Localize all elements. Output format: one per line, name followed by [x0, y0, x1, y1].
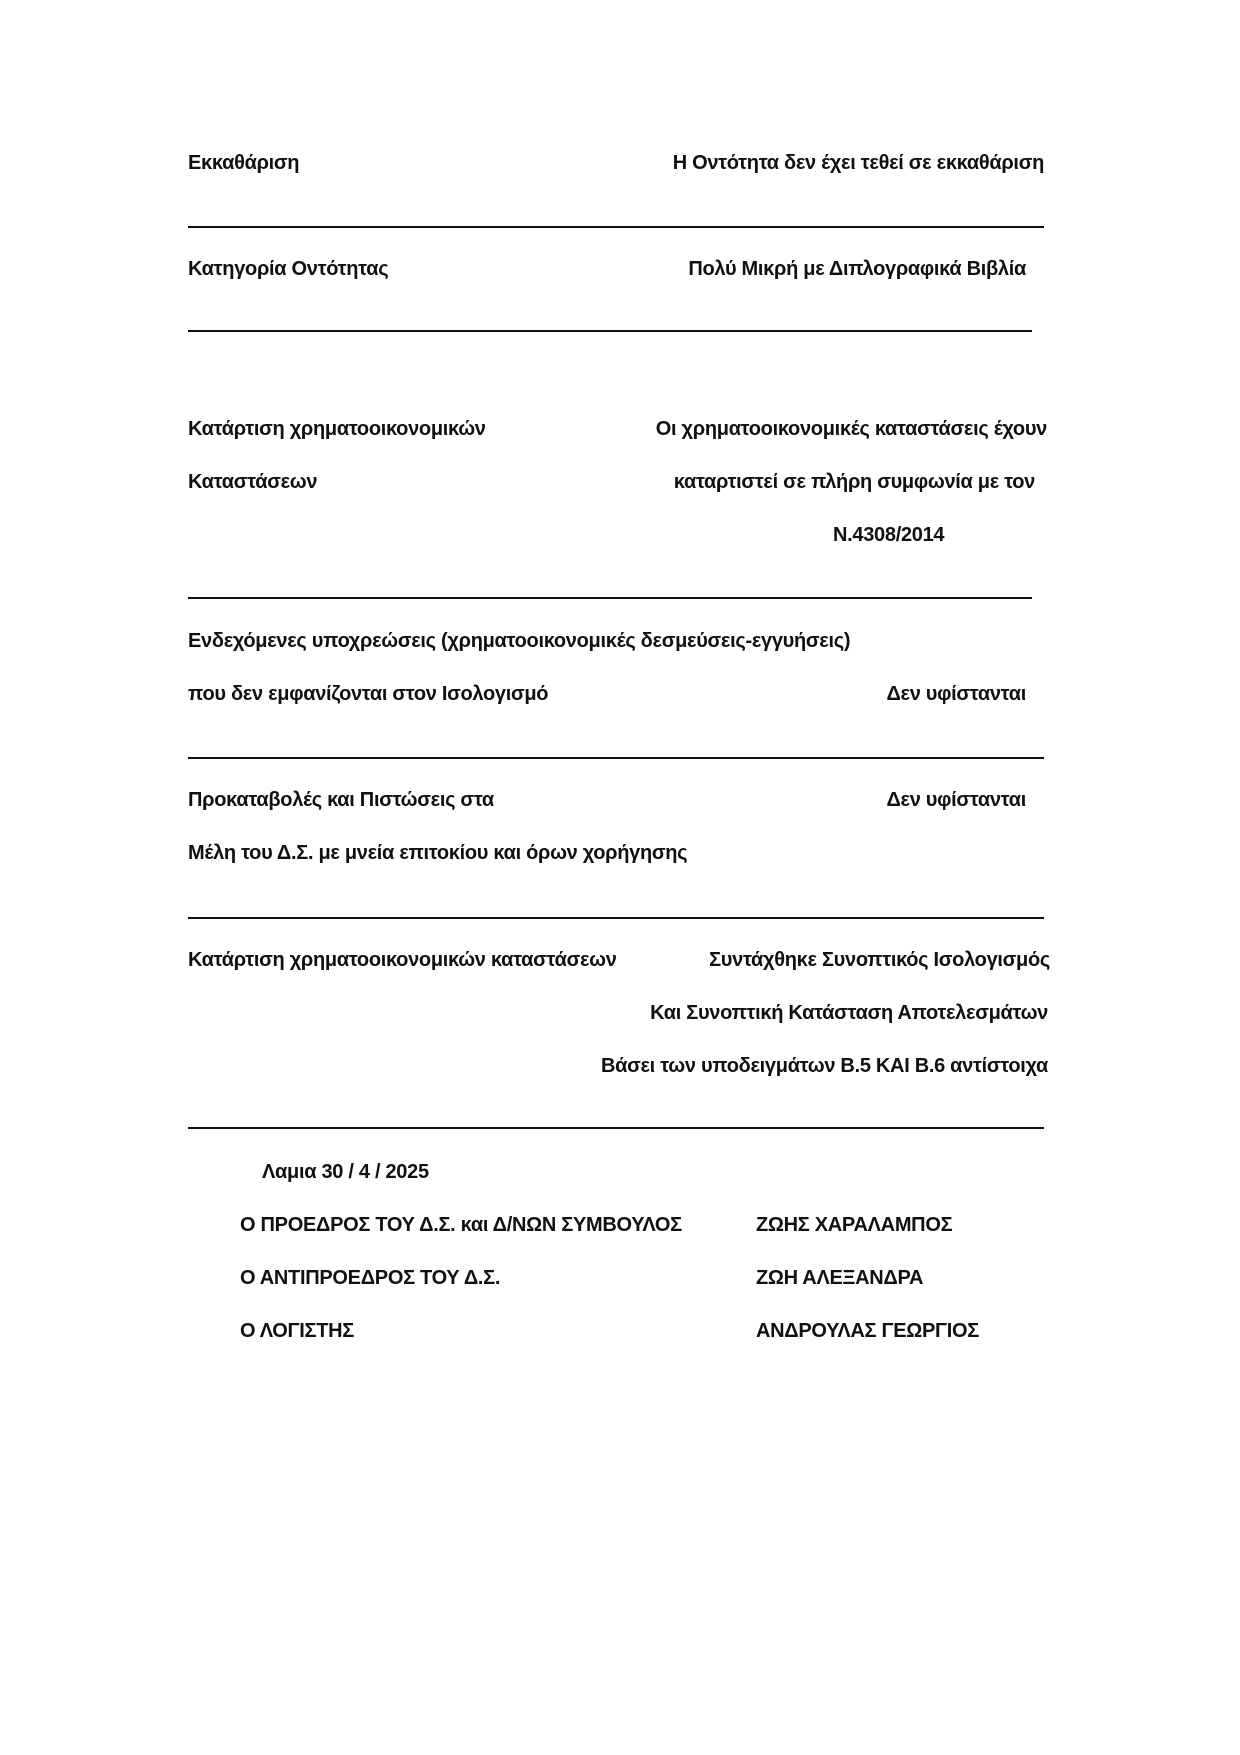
fs-format-value-line2: Και Συνοπτική Κατάσταση Αποτελεσμάτων	[650, 1001, 1048, 1025]
divider	[188, 757, 1044, 759]
fs-format-value-line1: Συντάχθηκε Συνοπτικός Ισολογισμός	[709, 948, 1050, 972]
advances-credits-label-line2: Μέλη του Δ.Σ. με μνεία επιτοκίου και όρω…	[188, 841, 687, 865]
advances-credits-label-line1: Προκαταβολές και Πιστώσεις στα	[188, 788, 494, 812]
signatory-name: ΖΩΗΣ ΧΑΡΑΛΑΜΠΟΣ	[756, 1213, 952, 1237]
liquidation-label: Εκκαθάριση	[188, 151, 299, 175]
contingent-liabilities-label-line2: που δεν εμφανίζονται στον Ισολογισμό	[188, 682, 548, 706]
contingent-liabilities-value: Δεν υφίστανται	[886, 682, 1026, 706]
fs-preparation-law-reference: Ν.4308/2014	[833, 523, 944, 547]
signatory-name: ΖΩΗ ΑΛΕΞΑΝΔΡΑ	[756, 1266, 923, 1290]
fs-preparation-value-line1: Οι χρηματοοικονομικές καταστάσεις έχουν	[656, 417, 1047, 441]
fs-preparation-value-line2: καταρτιστεί σε πλήρη συμφωνία με τον	[674, 470, 1035, 494]
liquidation-value: Η Οντότητα δεν έχει τεθεί σε εκκαθάριση	[673, 151, 1044, 175]
advances-credits-value: Δεν υφίστανται	[886, 788, 1026, 812]
contingent-liabilities-label-line1: Ενδεχόμενες υποχρεώσεις (χρηματοοικονομι…	[188, 629, 850, 653]
divider	[188, 1127, 1044, 1129]
entity-category-value: Πολύ Μικρή με Διπλογραφικά Βιβλία	[688, 257, 1026, 281]
divider	[188, 330, 1032, 332]
signatory-role: Ο ΑΝΤΙΠΡΟΕΔΡΟΣ ΤΟΥ Δ.Σ.	[240, 1266, 500, 1290]
signatory-role: Ο ΛΟΓΙΣΤΗΣ	[240, 1319, 354, 1343]
signatory-name: ΑΝΔΡΟΥΛΑΣ ΓΕΩΡΓΙΟΣ	[756, 1319, 979, 1343]
entity-category-label: Κατηγορία Οντότητας	[188, 257, 388, 281]
place-date: Λαμια 30 / 4 / 2025	[262, 1160, 429, 1184]
divider	[188, 226, 1044, 228]
divider	[188, 597, 1032, 599]
fs-format-label: Κατάρτιση χρηματοοικονομικών καταστάσεων	[188, 948, 617, 972]
fs-preparation-label-line1: Κατάρτιση χρηματοοικονομικών	[188, 417, 486, 441]
signatory-role: Ο ΠΡΟΕΔΡΟΣ ΤΟΥ Δ.Σ. και Δ/ΝΩΝ ΣΥΜΒΟΥΛΟΣ	[240, 1213, 682, 1237]
fs-format-value-line3: Βάσει των υποδειγμάτων Β.5 ΚΑΙ Β.6 αντίσ…	[601, 1054, 1048, 1078]
divider	[188, 917, 1044, 919]
fs-preparation-label-line2: Καταστάσεων	[188, 470, 317, 494]
